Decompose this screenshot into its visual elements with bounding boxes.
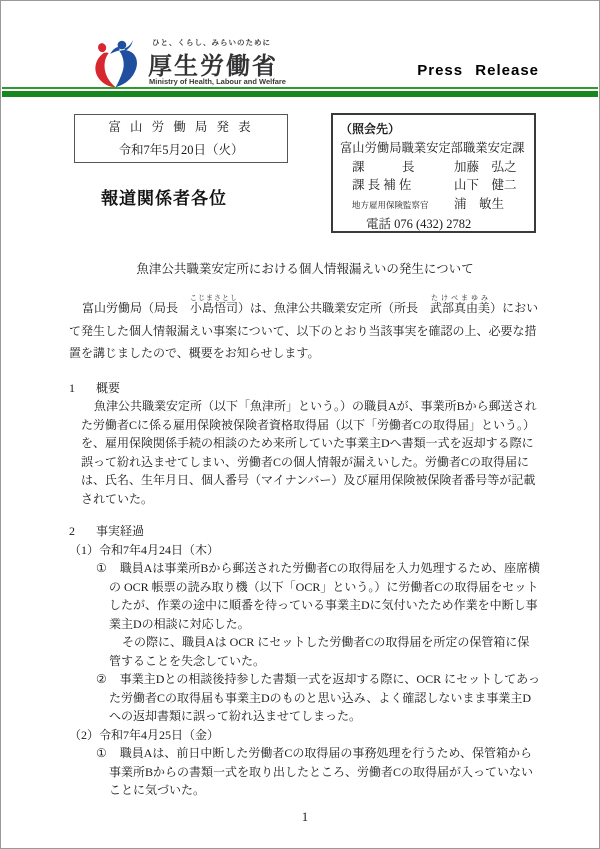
contact-box: （照会先） 富山労働局職業安定部職業安定課 課 長加藤 弘之 課 長 補 佐山下…: [331, 113, 536, 233]
item-marker: ①: [96, 561, 107, 575]
section-number: 1: [69, 379, 96, 398]
item-text: 職員Aは、前日中断した労働者Cの取得届の事務処理を行うため、保管箱から事業所Bか…: [109, 746, 533, 797]
logo-org-name-en: Ministry of Health, Labour and Welfare: [149, 77, 286, 86]
mhlw-logo-icon: [89, 39, 146, 89]
issuer-box: 富 山 労 働 局 発 表 令和7年5月20日（火）: [74, 114, 288, 163]
contact-row: 課 長 補 佐山下 健二: [340, 176, 527, 195]
document-body: 魚津公共職業安定所における個人情報漏えいの発生について 富山労働局（局長 小島悟…: [1, 254, 599, 826]
contact-title: 地方雇用保険監察官: [352, 196, 442, 215]
green-divider-thick-line: [2, 91, 598, 97]
contact-title: 課 長: [352, 158, 442, 177]
item-marker: ①: [96, 746, 107, 760]
contact-name: 山下 健二: [454, 178, 517, 192]
section-timeline: 2事実経過 （1）令和7年4月24日（木） ①職員Aは事業所Bから郵送された労働…: [69, 522, 541, 800]
contact-row: 課 長加藤 弘之: [340, 158, 527, 177]
item-text: 職員Aは事業所Bから郵送された労働者Cの取得届を入力処理するため、座席横の OC…: [109, 561, 540, 631]
contact-phone: 電話 076 (432) 2782: [340, 215, 527, 234]
contact-title: 課 長 補 佐: [352, 176, 442, 195]
press-release-page: ひと、くらし、みらいのために 厚生労働省 Ministry of Health,…: [0, 0, 600, 849]
contact-name: 加藤 弘之: [454, 160, 517, 174]
document-title: 魚津公共職業安定所における個人情報漏えいの発生について: [69, 258, 541, 280]
timeline-item-3: ①職員Aは、前日中断した労働者Cの取得届の事務処理を行うため、保管箱から事業所B…: [69, 744, 541, 800]
contact-name: 浦 敏生: [454, 197, 504, 211]
press-release-label: Press Release: [417, 62, 539, 79]
timeline-item-1: ①職員Aは事業所Bから郵送された労働者Cの取得届を入力処理するため、座席横の O…: [69, 559, 541, 633]
office-chief-name-with-ruby: 武部真由美たけべまゆみ: [430, 301, 490, 315]
director-name-with-ruby: 小島悟司こじまさとし: [190, 301, 238, 315]
contact-heading: （照会先）: [340, 120, 527, 139]
section-heading-text: 事実経過: [96, 524, 144, 538]
timeline-date-1: （1）令和7年4月24日（木）: [69, 541, 541, 560]
logo-org-name-ja: 厚生労働省: [148, 46, 278, 81]
item-text: 事業主Dとの相談後持参した書類一式を返却する際に、OCR にセットしてあった労働…: [109, 672, 540, 723]
intro-paragraph: 富山労働局（局長 小島悟司こじまさとし）は、魚津公共職業安定所（所長 武部真由美…: [69, 294, 541, 365]
section-heading-text: 概要: [96, 381, 120, 395]
section-overview: 1概要 魚津公共職業安定所（以下「魚津所」という。）の職員Aが、事業所Bから郵送…: [69, 379, 541, 509]
addressee-line: 報道関係者各位: [101, 184, 227, 209]
timeline-item-1-note: その際に、職員Aは OCR にセットした労働者Cの取得届を所定の保管箱に保管する…: [69, 633, 541, 670]
issuer-date: 令和7年5月20日（火）: [75, 139, 287, 162]
document-header: ひと、くらし、みらいのために 厚生労働省 Ministry of Health,…: [1, 1, 599, 254]
timeline-item-2: ②事業主Dとの相談後持参した書類一式を返却する際に、OCR にセットしてあった労…: [69, 670, 541, 726]
timeline-date-2: （2）令和7年4月25日（金）: [69, 726, 541, 745]
item-marker: ②: [96, 672, 107, 686]
contact-row: 地方雇用保険監察官浦 敏生: [340, 195, 527, 215]
contact-org: 富山労働局職業安定部職業安定課: [340, 139, 527, 158]
overview-paragraph: 魚津公共職業安定所（以下「魚津所」という。）の職員Aが、事業所Bから郵送された労…: [69, 397, 541, 508]
section-heading: 1概要: [69, 379, 541, 398]
section-heading: 2事実経過: [69, 522, 541, 541]
issuer-name: 富 山 労 働 局 発 表: [75, 116, 287, 139]
green-divider: [2, 87, 598, 97]
page-number: 1: [69, 808, 541, 827]
section-number: 2: [69, 522, 96, 541]
